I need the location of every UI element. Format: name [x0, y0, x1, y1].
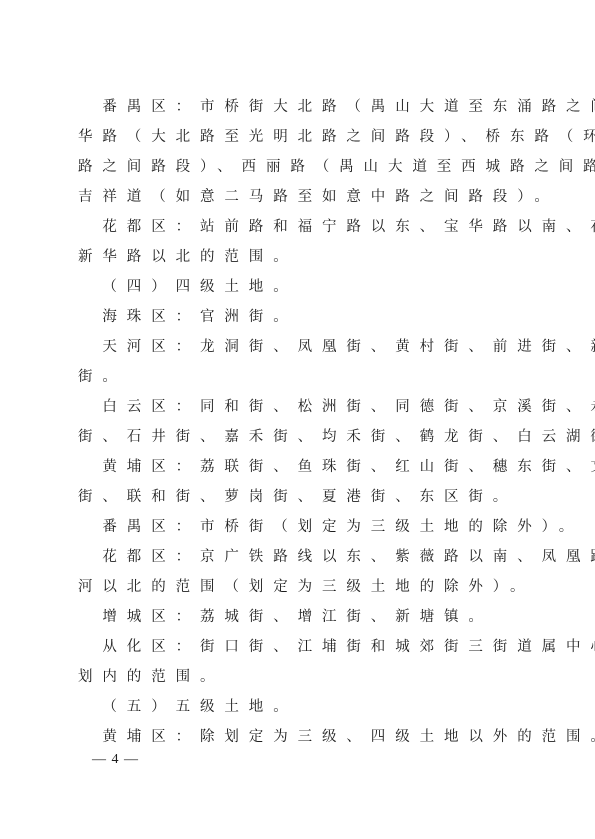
paragraph-line: 黄埔区：荔联街、鱼珠街、红山街、穗东街、文冲街、南岗: [78, 452, 520, 482]
paragraph-line: 从化区：街口街、江埔街和城郊街三街道属中心城区总体规: [78, 632, 520, 662]
paragraph-line: 花都区：京广铁路线以东、紫薇路以南、凤凰路以西、新街: [78, 542, 520, 572]
paragraph-line: 街、石井街、嘉禾街、均禾街、鹤龙街、白云湖街、石门街。: [78, 422, 520, 452]
document-page: 番禺区：市桥街大北路（禺山大道至东涌路之间路段）、繁 华路（大北路至光明北路之间…: [0, 0, 595, 839]
section-heading: （四）四级土地。: [78, 272, 520, 302]
paragraph-line: 天河区：龙洞街、凤凰街、黄村街、前进街、新塘街、珠吉: [78, 332, 520, 362]
paragraph-line: 路之间路段）、西丽路（禺山大道至西城路之间路段）、洛浦街: [78, 152, 520, 182]
paragraph-line: 花都区：站前路和福宁路以东、宝华路以南、花城路以西、: [78, 212, 520, 242]
document-body: 番禺区：市桥街大北路（禺山大道至东涌路之间路段）、繁 华路（大北路至光明北路之间…: [78, 92, 520, 752]
paragraph-line: 街。: [78, 362, 520, 392]
paragraph-line: 华路（大北路至光明北路之间路段）、桥东路（环城东路至大东: [78, 122, 520, 152]
paragraph-line: 番禺区：市桥街（划定为三级土地的除外）。: [78, 512, 520, 542]
paragraph-line: 增城区：荔城街、增江街、新塘镇。: [78, 602, 520, 632]
paragraph-line: 街、联和街、萝岗街、夏港街、东区街。: [78, 482, 520, 512]
paragraph-line: 番禺区：市桥街大北路（禺山大道至东涌路之间路段）、繁: [78, 92, 520, 122]
paragraph-line: 海珠区：官洲街。: [78, 302, 520, 332]
paragraph-line: 吉祥道（如意二马路至如意中路之间路段）。: [78, 182, 520, 212]
paragraph-line: 新华路以北的范围。: [78, 242, 520, 272]
paragraph-line: 划内的范围。: [78, 662, 520, 692]
page-number: — 4 —: [92, 750, 139, 770]
paragraph-line: 白云区：同和街、松洲街、同德街、京溪街、永平街、金沙: [78, 392, 520, 422]
paragraph-line: 黄埔区：除划定为三级、四级土地以外的范围。: [78, 722, 520, 752]
section-heading: （五）五级土地。: [78, 692, 520, 722]
paragraph-line: 河以北的范围（划定为三级土地的除外）。: [78, 572, 520, 602]
